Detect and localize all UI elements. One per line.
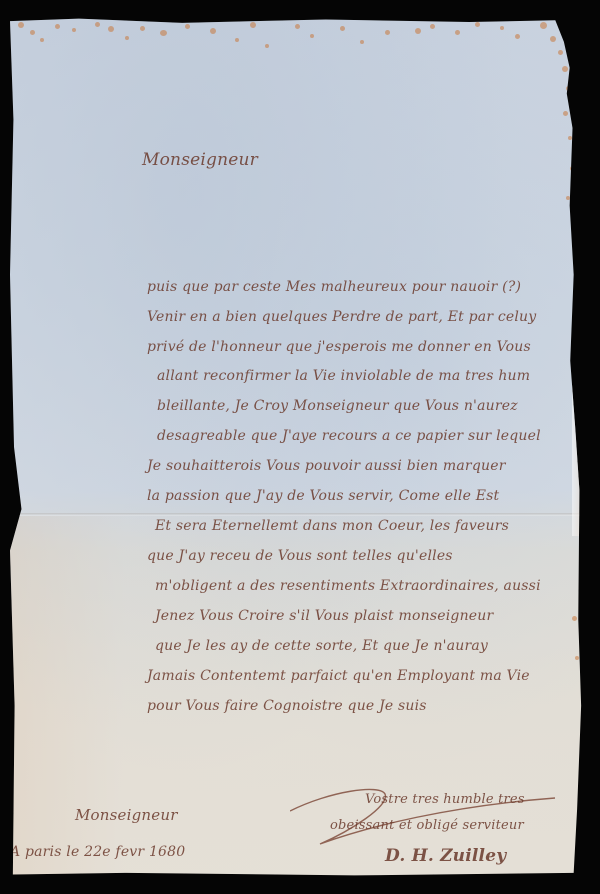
body-line: que J'ay receu de Vous sont telles qu'el… <box>147 548 453 564</box>
fold-crease <box>10 513 584 516</box>
place-and-date: A paris le 22e fevr 1680 <box>10 844 185 860</box>
body-line: Je souhaitterois Vous pouvoir aussi bien… <box>147 458 506 474</box>
closing-line: Vostre tres humble tres <box>365 792 525 807</box>
body-line: pour Vous faire Cognoistre que Je suis <box>147 698 427 714</box>
body-line: m'obligent a des resentiments Extraordin… <box>155 578 541 594</box>
body-line: puis que par ceste Mes malheureux pour n… <box>147 279 521 295</box>
body-line: Jamais Contentemt parfaict qu'en Employa… <box>147 668 530 684</box>
body-line: bleillante, Je Croy Monseigneur que Vous… <box>157 398 518 414</box>
body-line: Jenez Vous Croire s'il Vous plaist monse… <box>155 608 493 624</box>
closing-line: obeissant et obligé serviteur <box>330 818 524 833</box>
body-line: la passion que J'ay de Vous servir, Come… <box>147 488 499 504</box>
body-line: allant reconfirmer la Vie inviolable de … <box>157 368 530 384</box>
body-line: Et sera Eternellemt dans mon Coeur, les … <box>155 518 509 534</box>
photo-stage: Monseigneur puis que par ceste Mes malhe… <box>0 0 600 894</box>
body-line: privé de l'honneur que j'esperois me don… <box>147 339 531 355</box>
signature: D. H. Zuilley <box>385 846 506 866</box>
letter-paper: Monseigneur puis que par ceste Mes malhe… <box>10 16 584 878</box>
closing-salutation: Monseigneur <box>75 806 178 824</box>
torn-edge-strip <box>572 336 584 536</box>
body-line: desagreable que J'aye recours a ce papie… <box>157 428 541 444</box>
body-line: Venir en a bien quelques Perdre de part,… <box>147 309 536 325</box>
salutation: Monseigneur <box>142 150 258 170</box>
body-line: que Je les ay de cette sorte, Et que Je … <box>155 638 488 654</box>
